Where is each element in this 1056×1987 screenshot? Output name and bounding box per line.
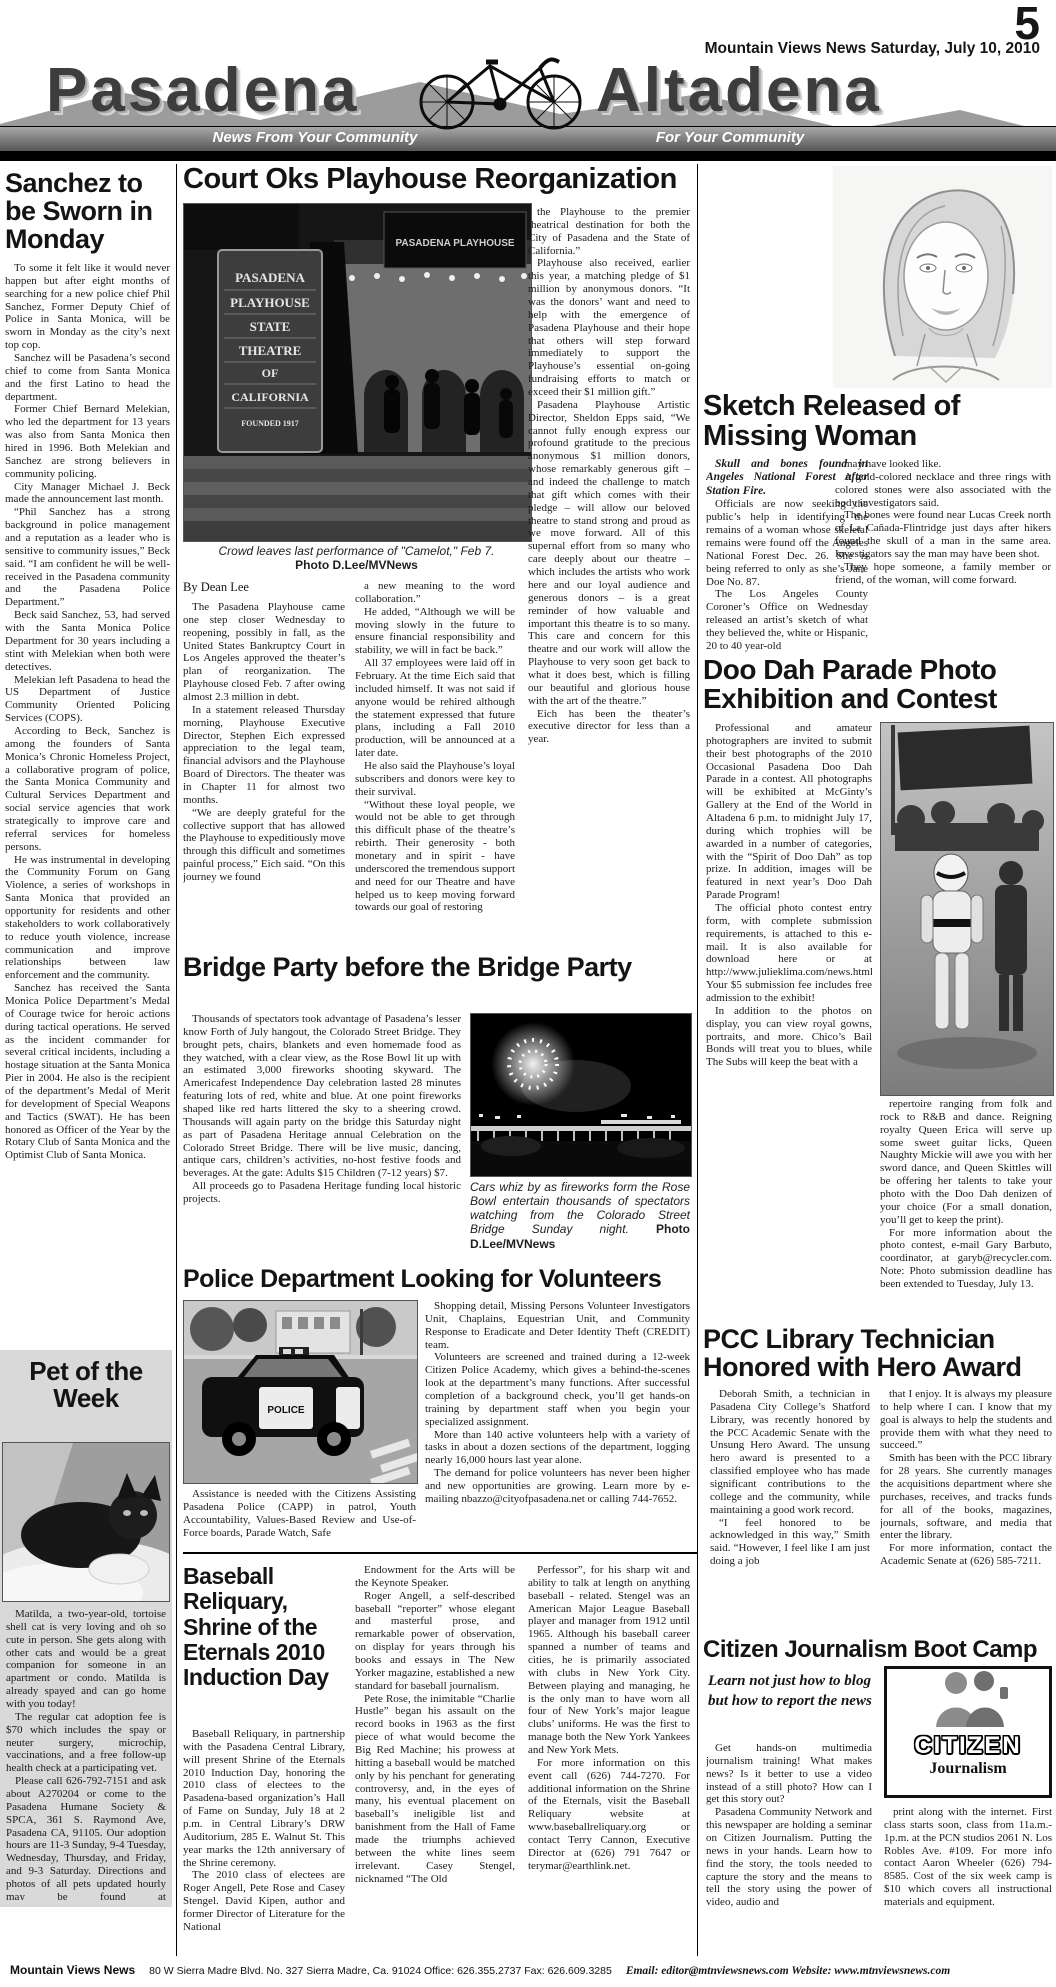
missing-woman-sketch [833,166,1052,388]
playhouse-sign-line: FOUNDED 1917 [241,419,299,428]
paragraph: Please call 626-792-7151 and ask about A… [6,1775,166,1900]
citizen-logo-subtitle: Journalism [887,1760,1049,1778]
paragraph: “We are deeply grateful for the collecti… [183,807,345,884]
paragraph: To some it felt like it would never happ… [5,262,170,352]
fireworks-photo-caption: Cars whiz by as fireworks form the Rose … [470,1180,690,1262]
article-doodah-headline: Doo Dah Parade Photo Exhibition and Cont… [703,656,1055,714]
caption-text: Assistance is needed with the Citizens A… [183,1488,416,1539]
playhouse-banner-text: PASADENA PLAYHOUSE [395,238,514,249]
paragraph: Perfessor”, for his sharp wit and abilit… [528,1564,690,1757]
paragraph: “Without these loyal people, we would no… [355,799,515,915]
article-baseball-col3: Perfessor”, for his sharp wit and abilit… [528,1564,690,1958]
article-pcc-col1: Deborah Smith, a technician in Pasadena … [710,1388,870,1630]
paragraph: Melekian left Pasadena to head the US De… [5,674,170,725]
police-photo-caption: Assistance is needed with the Citizens A… [183,1488,416,1548]
pet-of-the-week-box: Pet of the Week Matilda, a two-year-old,… [0,1350,172,1907]
paragraph: City Manager Michael J. Beck made the an… [5,481,170,507]
paragraph: Pete Rose, the inimitable “Charlie Hustl… [355,1693,515,1886]
paragraph: Sanchez has received the Santa Monica Po… [5,982,170,1162]
playhouse-sign-line: PLAYHOUSE [230,295,310,310]
paragraph: Smith has been with the PCC library for … [880,1452,1052,1542]
article-playhouse-col1: The Pasadena Playhouse came one step clo… [183,601,345,952]
playhouse-sign-line: STATE [250,319,291,334]
police-car-photo: POLICE [183,1300,418,1484]
article-police-headline: Police Department Looking for Volunteers [183,1267,693,1293]
paragraph: Matilda, a two-year-old, tortoise shell … [6,1608,166,1711]
playhouse-sign-line: CALIFORNIA [231,390,309,404]
paragraph: The demand for police volunteers has nev… [425,1467,690,1506]
pet-title: Pet of the Week [0,1358,172,1412]
footer-contact: Email: editor@mtnviewsnews.com Website: … [626,1965,950,1977]
footer-address: 80 W Sierra Madre Blvd. No. 327 Sierra M… [149,1965,612,1977]
paragraph: He added, “Although we will be moving sl… [355,606,515,657]
paragraph: Pasadena Playhouse Artistic Director, Sh… [528,399,690,708]
citizen-tagline: Learn not just how to blog but how to re… [708,1672,876,1711]
playhouse-sign-line: THEATRE [239,343,302,358]
paragraph: Volunteers are screened and trained duri… [425,1351,690,1428]
paragraph: Get hands-on multimedia journalism train… [706,1742,872,1806]
paragraph: Professional and amateur photographers a… [706,722,872,902]
article-sketch-col2: may have looked like. A gold-colored nec… [835,458,1051,652]
paragraph: Shopping detail, Missing Persons Volunte… [425,1300,690,1351]
playhouse-photo-caption: Crowd leaves last performance of "Camelo… [183,544,530,572]
fireworks-photo [470,1013,692,1177]
paragraph: All proceeds go to Pasadena Heritage fun… [183,1180,461,1206]
playhouse-photo: PASADENA PLAYHOUSE PASADENA PLAYHOUSE ST… [183,203,532,542]
footer-paper-name: Mountain Views News [10,1963,135,1977]
paragraph: Endowment for the Arts will be the Keyno… [355,1564,515,1590]
article-police-body: Shopping detail, Missing Persons Volunte… [425,1300,690,1546]
paragraph: The Pasadena Playhouse came one step clo… [183,601,345,704]
paragraph: They hope someone, a family member or fr… [835,561,1051,587]
article-sketch-headline: Sketch Released of Missing Woman [703,392,1055,452]
paragraph: Pasadena Community Network and this news… [706,1806,872,1909]
photo-credit: Photo D.Lee/MVNews [295,558,418,572]
paragraph: The 2010 class of electees are Roger Ang… [183,1869,345,1933]
paragraph: For more information about the photo con… [880,1227,1052,1291]
paragraph: may have looked like. [835,458,1051,471]
bicycle-icon [402,36,602,136]
byline: By Dean Lee [183,580,343,595]
paragraph: “Phil Sanchez has a strong background in… [5,506,170,609]
paragraph: Roger Angell, a self-described baseball … [355,1590,515,1693]
playhouse-sign-line: PASADENA [235,270,305,285]
article-citizen-col1: Get hands-on multimedia journalism train… [706,1742,872,1956]
paragraph: Eich has been the theater’s executive di… [528,708,690,747]
article-baseball-col2: Endowment for the Arts will be the Keyno… [355,1564,515,1958]
article-pcc-col2: that I enjoy. It is always my pleasure t… [880,1388,1052,1630]
article-citizen-headline: Citizen Journalism Boot Camp [703,1638,1056,1663]
tagline-right: For Your Community [590,129,870,146]
paragraph: The official photo contest entry form, w… [706,902,872,1005]
article-playhouse-headline: Court Oks Playhouse Reorganization [183,165,695,195]
article-doodah-col1: Professional and amateur photographers a… [706,722,872,1322]
paragraph: a new meaning to the word collaboration.… [355,580,515,606]
police-car-label: POLICE [267,1405,305,1416]
section-rule-police-baseball [183,1552,697,1554]
paragraph: A gold-colored necklace and three rings … [835,471,1051,510]
paragraph: The bones were found near Lucas Creek no… [835,509,1051,560]
doodah-parade-photo [880,722,1054,1096]
pet-body: Matilda, a two-year-old, tortoise shell … [6,1608,166,1900]
paragraph: More than 140 active volunteers help wit… [425,1429,690,1468]
article-baseball-col1: Baseball Reliquary, in partnership with … [183,1728,345,1958]
article-sanchez-body: To some it felt like it would never happ… [5,262,170,1345]
paragraph: In a statement released Thursday morning… [183,704,345,807]
article-sanchez-headline: Sanchez to be Sworn in Monday [5,170,173,253]
paragraph: Former Chief Bernard Melekian, who led t… [5,403,170,480]
masthead-altadena: Altadena [596,60,882,122]
article-playhouse-col2: a new meaning to the word collaboration.… [355,580,515,952]
playhouse-sign-line: OF [262,366,279,380]
paragraph: Deborah Smith, a technician in Pasadena … [710,1388,870,1517]
caption-text: Crowd leaves last performance of "Camelo… [219,544,495,558]
paragraph: print along with the internet. First cla… [884,1806,1052,1909]
people-silhouettes-icon [908,1669,1028,1727]
masthead-rule [0,151,1056,161]
article-bridge-body: Thousands of spectators took advantage o… [183,1013,461,1263]
paragraph: Baseball Reliquary, in partnership with … [183,1728,345,1869]
article-doodah-col2: repertoire ranging from folk and rock to… [880,1098,1052,1322]
paragraph: the Playhouse to the premier theatrical … [528,206,690,257]
paragraph: repertoire ranging from folk and rock to… [880,1098,1052,1227]
article-playhouse-col3: the Playhouse to the premier theatrical … [528,206,690,952]
page-footer: Mountain Views News 80 W Sierra Madre Bl… [10,1963,1056,1977]
newspaper-page: 5 Mountain Views News Saturday, July 10,… [0,0,1056,1987]
article-baseball-headline: Baseball Reliquary, Shrine of the Eterna… [183,1564,347,1690]
paragraph: In addition to the photos on display, yo… [706,1005,872,1069]
paragraph: that I enjoy. It is always my pleasure t… [880,1388,1052,1452]
paragraph: Playhouse also received, earlier this ye… [528,257,690,398]
masthead-pasadena: Pasadena [46,60,360,122]
article-citizen-col2: print along with the internet. First cla… [884,1806,1052,1956]
paragraph: For more information on this event call … [528,1757,690,1873]
column-divider-right [697,164,698,1956]
pet-cat-photo [2,1442,170,1602]
paragraph: For more information, contact the Academ… [880,1542,1052,1568]
article-bridge-headline: Bridge Party before the Bridge Party [183,954,693,982]
paragraph: “I feel honored to be acknowledged in th… [710,1517,870,1568]
paragraph: Sanchez will be Pasadena’s second chief … [5,352,170,403]
paragraph: He also said the Playhouse’s loyal subsc… [355,760,515,799]
citizen-logo-title: CITIZEN [887,1732,1049,1760]
paragraph: He was instrumental in developing the Co… [5,854,170,983]
paragraph: Beck said Sanchez, 53, had served with t… [5,609,170,673]
article-pcc-headline: PCC Library Technician Honored with Hero… [703,1326,1055,1382]
paragraph: According to Beck, Sanchez is among the … [5,725,170,854]
paragraph: The regular cat adoption fee is $70 whic… [6,1711,166,1775]
paragraph: All 37 employees were laid off in Februa… [355,657,515,760]
column-divider-left [176,164,177,1956]
citizen-journalism-logo: CITIZEN Journalism [884,1666,1052,1798]
paragraph: Thousands of spectators took advantage o… [183,1013,461,1180]
